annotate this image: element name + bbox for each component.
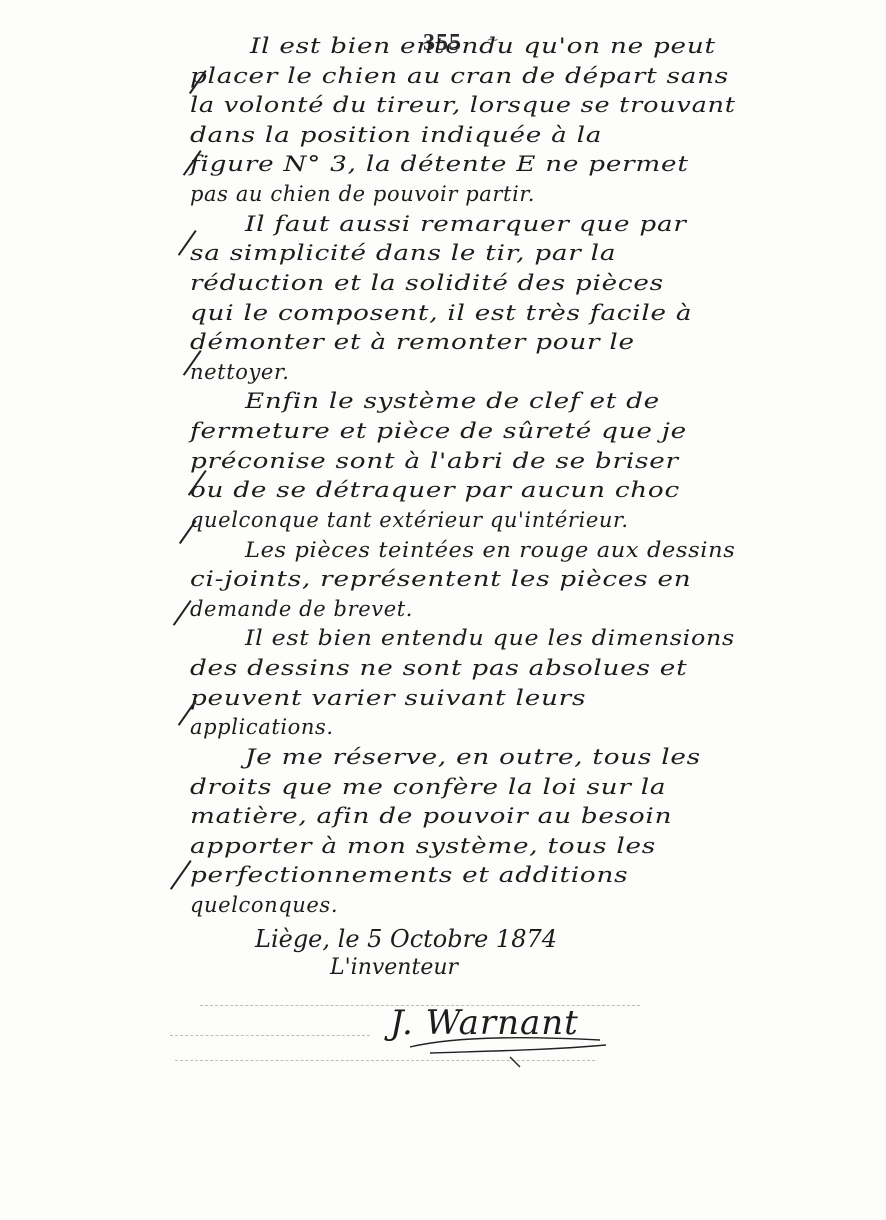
text-line: apporter à mon système, tous les <box>190 834 656 858</box>
manuscript-page: 355 ~ Il est bien entendu qu'on ne peut … <box>0 0 886 1220</box>
text-line: quelconques. <box>190 893 338 917</box>
text-line: Les pièces teintées en rouge aux dessins <box>245 538 735 562</box>
pen-stroke <box>170 860 191 890</box>
text-line: droits que me confère la loi sur la <box>190 775 666 799</box>
ruled-line <box>170 1035 370 1036</box>
text-line: Il faut aussi remarquer que par <box>245 212 687 236</box>
text-line: demande de brevet. <box>190 597 413 621</box>
text-line: ci-joints, représentent les pièces en <box>190 567 691 591</box>
text-line: sa simplicité dans le tir, par la <box>190 241 616 265</box>
text-line: Je me réserve, en outre, tous les <box>245 745 701 769</box>
signatory-role: L'inventeur <box>330 955 458 980</box>
text-line: Il est bien entendu que les dimensions <box>245 626 735 650</box>
text-line: Enfin le système de clef et de <box>245 389 660 413</box>
text-line: réduction et la solidité des pièces <box>190 271 664 295</box>
text-line: Il est bien entendu qu'on ne peut <box>250 34 716 58</box>
text-line: démonter et à remonter pour le <box>190 330 635 354</box>
place-date: Liège, le 5 Octobre 1874 <box>255 925 557 953</box>
text-line: nettoyer. <box>190 360 290 384</box>
text-line: des dessins ne sont pas absolues et <box>190 656 687 680</box>
text-line: applications. <box>190 715 334 739</box>
text-line: quelconque tant extérieur qu'intérieur. <box>190 508 629 532</box>
text-line: pas au chien de pouvoir partir. <box>190 182 535 206</box>
signature-flourish <box>370 995 630 1075</box>
text-line: figure N° 3, la détente E ne permet <box>190 152 689 176</box>
text-line: peuvent varier suivant leurs <box>190 686 586 710</box>
text-line: préconise sont à l'abri de se briser <box>190 449 679 473</box>
text-line: matière, afin de pouvoir au besoin <box>190 804 672 828</box>
text-line: ou de se détraquer par aucun choc <box>190 478 680 502</box>
text-line: qui le composent, il est très facile à <box>190 301 692 325</box>
text-line: placer le chien au cran de départ sans <box>190 64 729 88</box>
text-line: perfectionnements et additions <box>190 863 628 887</box>
text-line: dans la position indiquée à la <box>190 123 602 147</box>
text-line: fermeture et pièce de sûreté que je <box>190 419 687 443</box>
signature: J. Warnant <box>370 995 600 1065</box>
pen-stroke <box>173 600 191 625</box>
text-line: la volonté du tireur, lorsque se trouvan… <box>190 93 736 117</box>
